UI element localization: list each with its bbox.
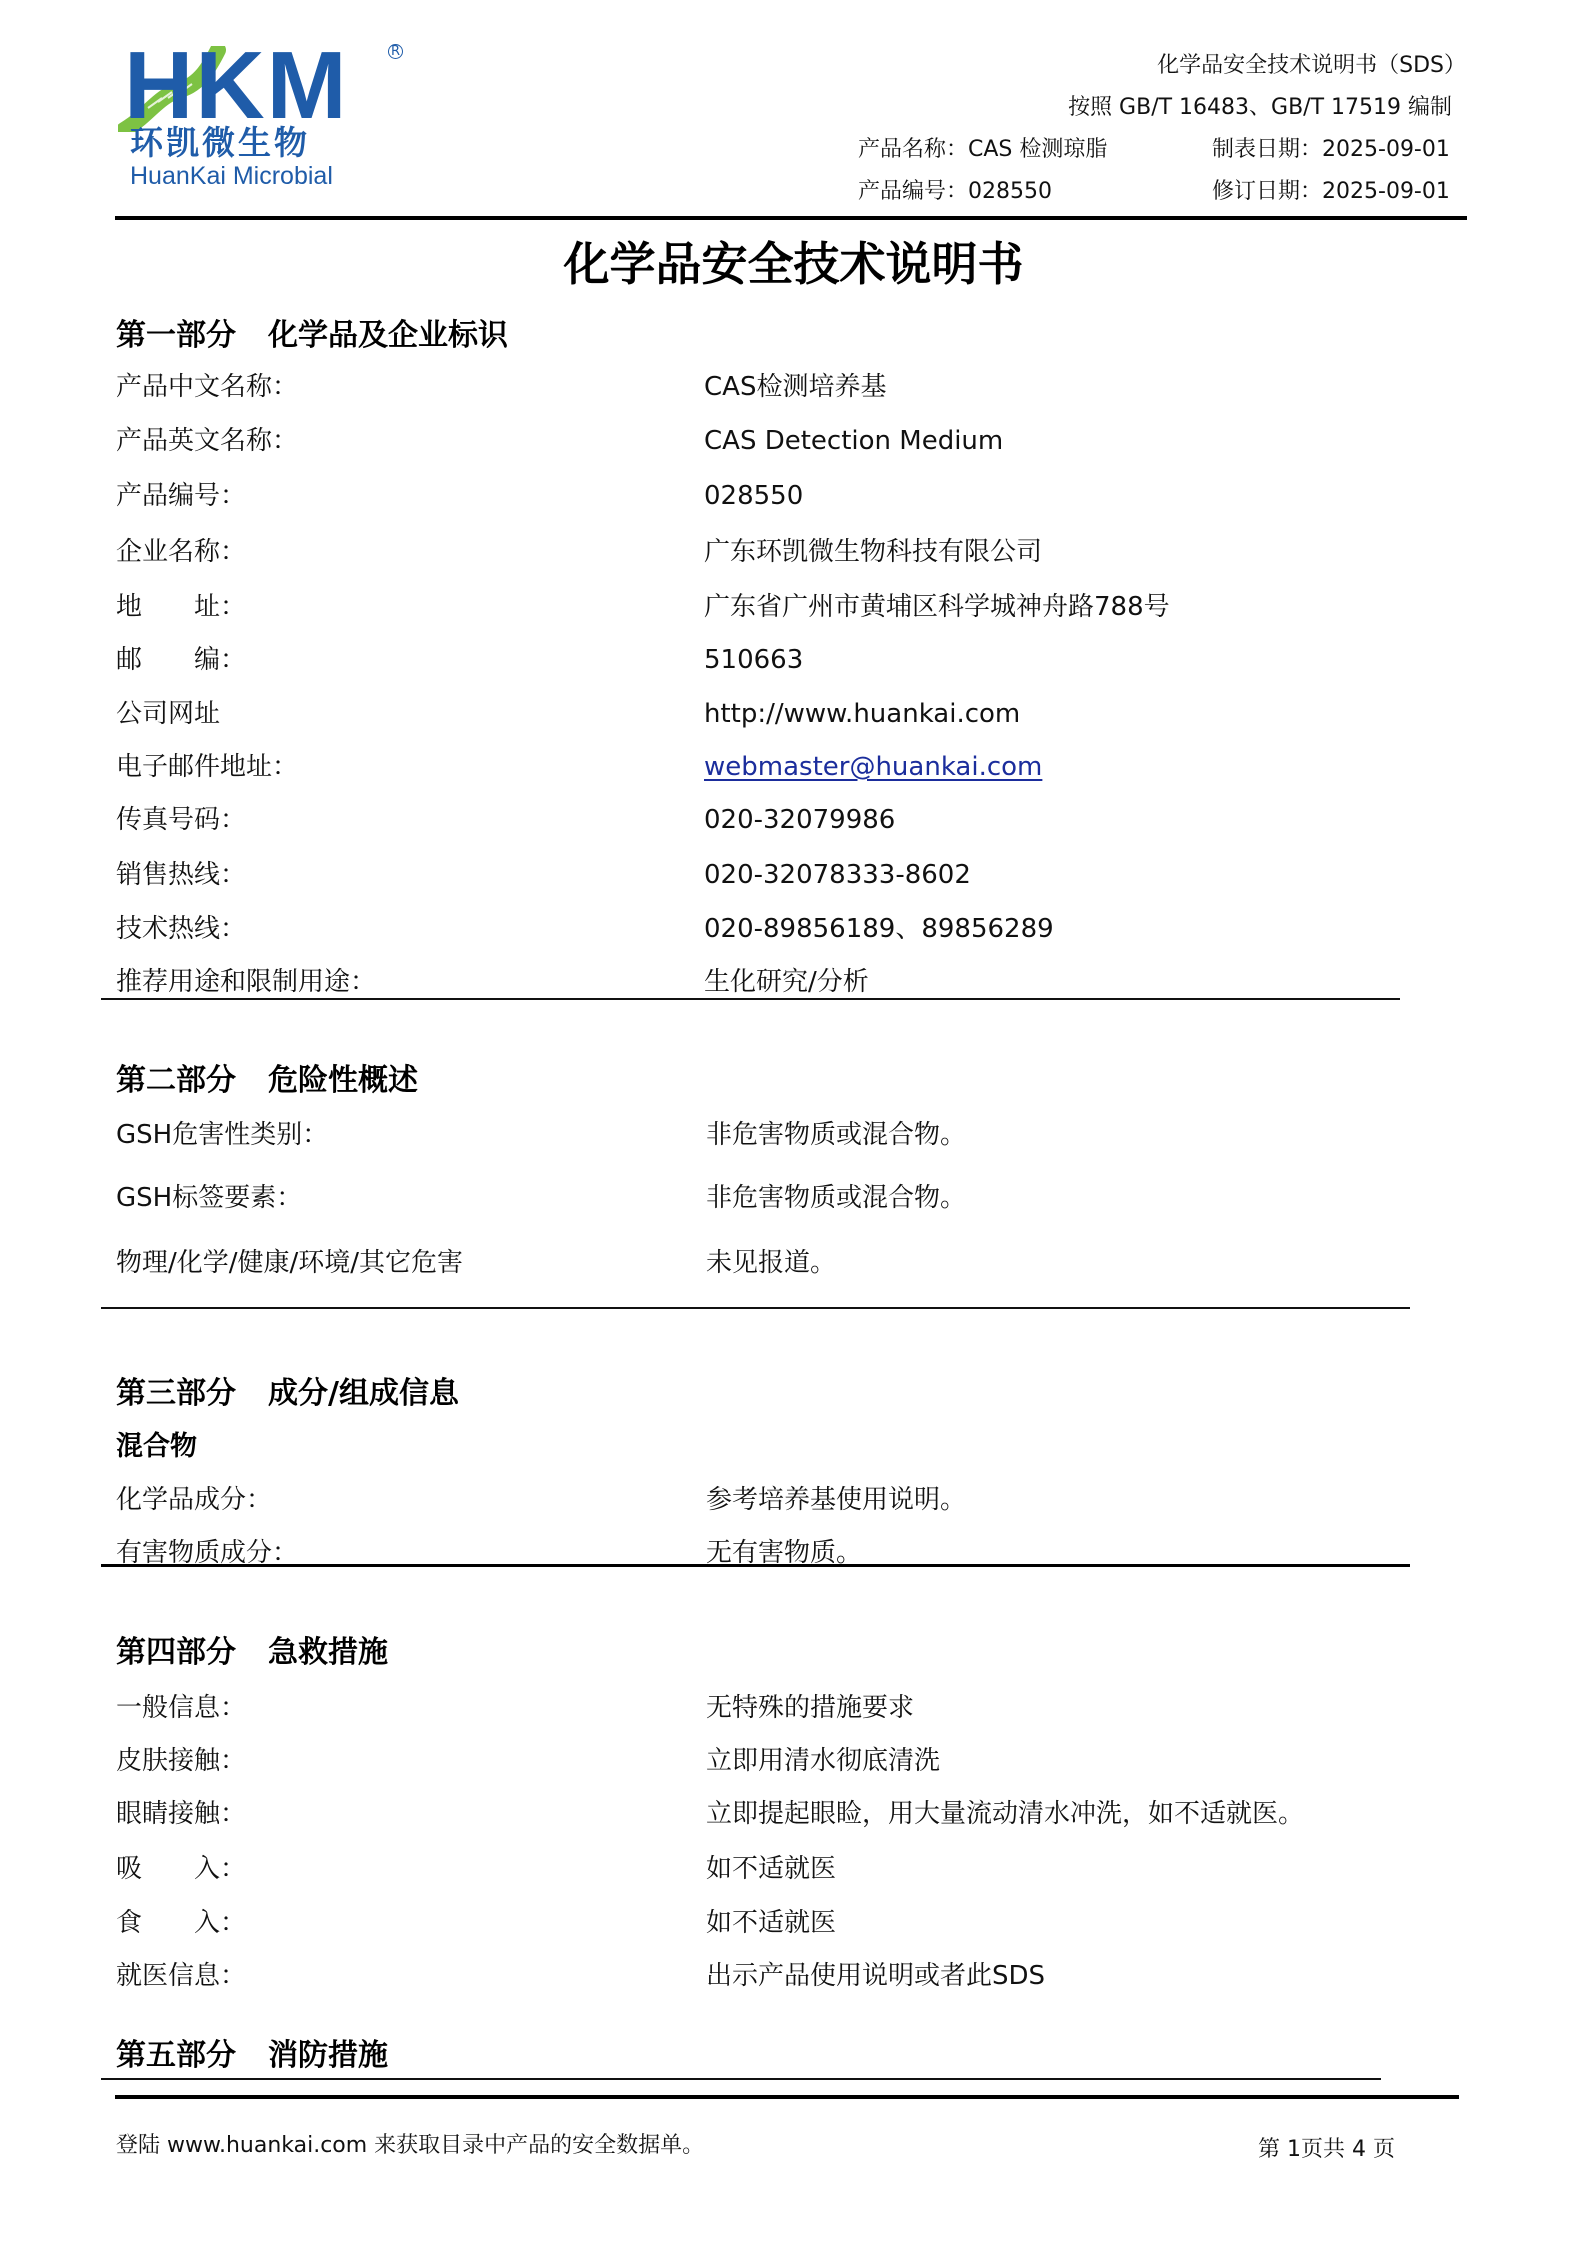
field-label: 推荐用途和限制用途： bbox=[116, 966, 376, 998]
section-5-heading: 第五部分消防措施 bbox=[116, 2038, 388, 2074]
field-value: 生化研究/分析 bbox=[704, 966, 869, 998]
doc-type: 化学品安全技术说明书（SDS） bbox=[1157, 52, 1466, 80]
field-label: GSH危害性类别： bbox=[116, 1119, 328, 1151]
field-value: 如不适就医 bbox=[706, 1853, 836, 1885]
section-2-number: 第二部分 bbox=[116, 1063, 236, 1098]
field-value: 参考培养基使用说明。 bbox=[706, 1484, 966, 1516]
field-value: 非危害物质或混合物。 bbox=[706, 1182, 966, 1214]
field-label: 产品编号： bbox=[116, 480, 246, 512]
field-label: 物理/化学/健康/环境/其它危害 bbox=[116, 1247, 463, 1279]
email-link[interactable]: webmaster@huankai.com bbox=[704, 751, 1042, 783]
field-label: 就医信息： bbox=[116, 1960, 246, 1992]
section-divider bbox=[101, 1307, 1410, 1309]
field-value: 510663 bbox=[704, 644, 803, 676]
field-value: 立即用清水彻底清洗 bbox=[706, 1745, 940, 1777]
created-date-label: 制表日期： bbox=[1212, 137, 1322, 162]
field-label: 地 址： bbox=[116, 591, 246, 623]
field-label: 传真号码： bbox=[116, 804, 246, 836]
section-4-heading: 第四部分急救措施 bbox=[116, 1635, 388, 1671]
field-value: 020-89856189、89856289 bbox=[704, 913, 1054, 945]
field-value: 无特殊的措施要求 bbox=[706, 1692, 914, 1724]
field-label: 吸 入： bbox=[116, 1853, 246, 1885]
logo-name-en: HuanKai Microbial bbox=[130, 162, 333, 190]
product-name-value: CAS 检测琼脂 bbox=[968, 137, 1107, 162]
field-value: 立即提起眼睑，用大量流动清水冲洗，如不适就医。 bbox=[706, 1798, 1304, 1830]
product-name-label: 产品名称： bbox=[858, 137, 968, 162]
created-date-value: 2025-09-01 bbox=[1322, 137, 1450, 162]
page-number: 第 1页共 4 页 bbox=[1258, 2136, 1395, 2164]
mixture-subheading: 混合物 bbox=[116, 1431, 197, 1463]
company-logo: HKM R 环凯微生物 HuanKai Microbial bbox=[118, 44, 408, 194]
field-label: 企业名称： bbox=[116, 536, 246, 568]
field-value: 出示产品使用说明或者此SDS bbox=[706, 1960, 1045, 1992]
product-name-meta: 产品名称：CAS 检测琼脂 bbox=[858, 136, 1107, 164]
field-value: CAS检测培养基 bbox=[704, 371, 886, 403]
section-5-title: 消防措施 bbox=[268, 2038, 388, 2073]
header-rule bbox=[115, 216, 1467, 220]
section-divider bbox=[101, 2078, 1381, 2080]
registered-mark-icon: R bbox=[388, 44, 403, 59]
field-value: 未见报道。 bbox=[706, 1247, 836, 1279]
section-3-number: 第三部分 bbox=[116, 1376, 236, 1411]
section-4-title: 急救措施 bbox=[268, 1635, 388, 1670]
product-code-value: 028550 bbox=[968, 179, 1052, 204]
footer-note: 登陆 www.huankai.com 来获取目录中产品的安全数据单。 bbox=[116, 2132, 704, 2160]
section-5-number: 第五部分 bbox=[116, 2038, 236, 2073]
section-2-heading: 第二部分危险性概述 bbox=[116, 1063, 418, 1099]
section-4-number: 第四部分 bbox=[116, 1635, 236, 1670]
field-label: 销售热线： bbox=[116, 859, 246, 891]
section-1-heading: 第一部分化学品及企业标识 bbox=[116, 318, 508, 354]
footer-rule bbox=[115, 2095, 1459, 2099]
field-value: 非危害物质或混合物。 bbox=[706, 1119, 966, 1151]
field-value: 020-32078333-8602 bbox=[704, 859, 971, 891]
revised-date-label: 修订日期： bbox=[1212, 179, 1322, 204]
product-code-label: 产品编号： bbox=[858, 179, 968, 204]
field-value: 028550 bbox=[704, 480, 803, 512]
section-1-number: 第一部分 bbox=[116, 318, 236, 353]
field-value: 如不适就医 bbox=[706, 1907, 836, 1939]
section-divider bbox=[101, 998, 1400, 1000]
logo-letters: HKM bbox=[124, 44, 349, 128]
field-value: 020-32079986 bbox=[704, 804, 895, 836]
revised-date-meta: 修订日期：2025-09-01 bbox=[1212, 178, 1450, 206]
created-date-meta: 制表日期：2025-09-01 bbox=[1212, 136, 1450, 164]
field-value: 广东省广州市黄埔区科学城神舟路788号 bbox=[704, 591, 1170, 623]
field-label: 技术热线： bbox=[116, 913, 246, 945]
section-2-title: 危险性概述 bbox=[268, 1063, 418, 1098]
field-label: 电子邮件地址： bbox=[116, 751, 298, 783]
section-divider bbox=[101, 1564, 1410, 1567]
section-3-heading: 第三部分成分/组成信息 bbox=[116, 1376, 459, 1412]
field-label: 一般信息： bbox=[116, 1692, 246, 1724]
field-label: 眼睛接触： bbox=[116, 1798, 246, 1830]
field-label: GSH标签要素： bbox=[116, 1182, 302, 1214]
field-value: 广东环凯微生物科技有限公司 bbox=[704, 536, 1042, 568]
field-label: 化学品成分： bbox=[116, 1484, 272, 1516]
section-1-title: 化学品及企业标识 bbox=[268, 318, 508, 353]
field-label: 产品英文名称： bbox=[116, 425, 298, 457]
logo-name-cn: 环凯微生物 bbox=[130, 124, 310, 162]
field-label: 产品中文名称： bbox=[116, 371, 298, 403]
page-title: 化学品安全技术说明书 bbox=[0, 238, 1587, 290]
section-3-title: 成分/组成信息 bbox=[268, 1376, 459, 1411]
field-label: 食 入： bbox=[116, 1907, 246, 1939]
field-label: 邮 编： bbox=[116, 644, 246, 676]
field-value: CAS Detection Medium bbox=[704, 425, 1003, 457]
field-label: 皮肤接触： bbox=[116, 1745, 246, 1777]
revised-date-value: 2025-09-01 bbox=[1322, 179, 1450, 204]
compile-standard: 按照 GB/T 16483、GB/T 17519 编制 bbox=[1068, 94, 1452, 122]
product-code-meta: 产品编号：028550 bbox=[858, 178, 1052, 206]
field-label: 公司网址 bbox=[116, 698, 220, 730]
website-link[interactable]: http://www.huankai.com bbox=[704, 698, 1020, 730]
